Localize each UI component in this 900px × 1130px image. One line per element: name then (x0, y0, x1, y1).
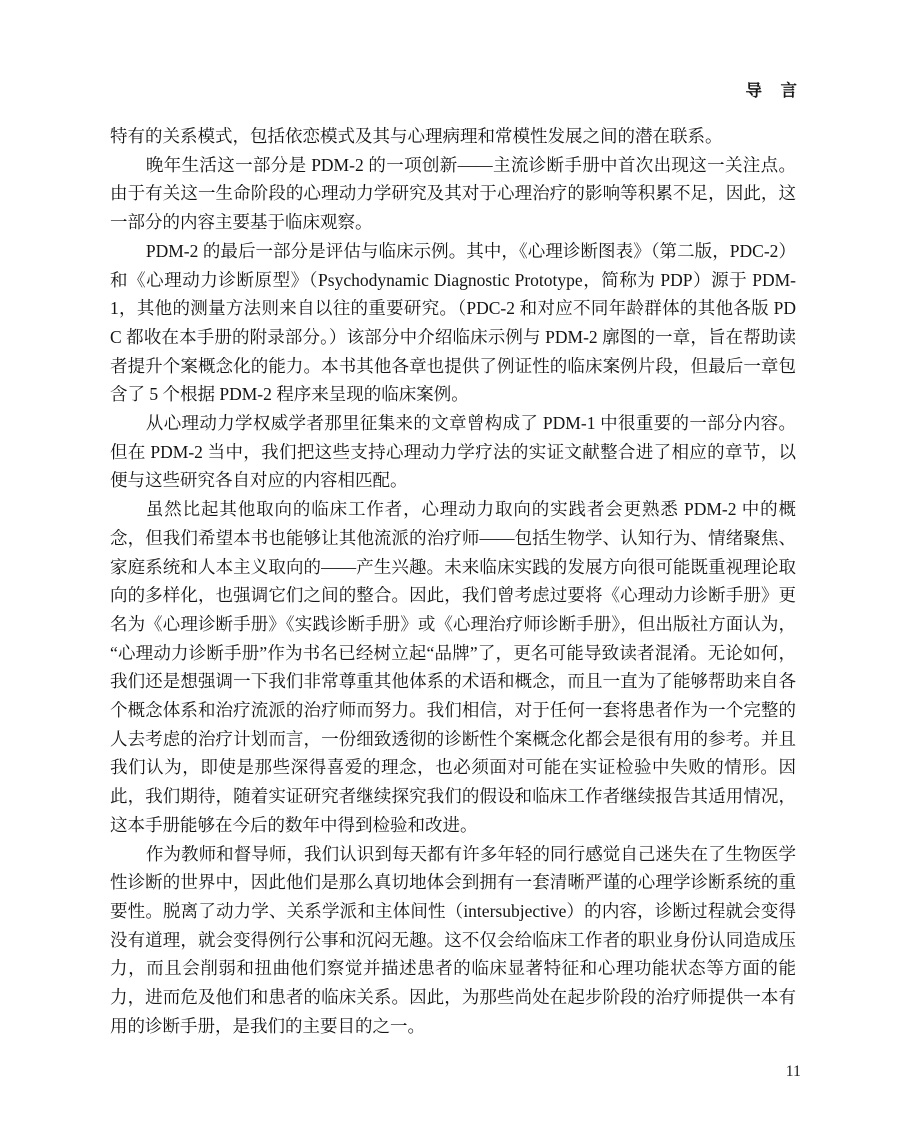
paragraph: 特有的关系模式，包括依恋模式及其与心理病理和常模性发展之间的潜在联系。 (110, 122, 796, 151)
body-text: 特有的关系模式，包括依恋模式及其与心理病理和常模性发展之间的潜在联系。晚年生活这… (110, 122, 796, 1041)
running-header: 导 言 (725, 57, 798, 121)
paragraph: 作为教师和督导师，我们认识到每天都有许多年轻的同行感觉自己迷失在了生物医学性诊断… (110, 840, 796, 1041)
paragraph: 虽然比起其他取向的临床工作者，心理动力取向的实践者会更熟悉 PDM-2 中的概念… (110, 495, 796, 839)
chapter-title: 导 言 (746, 81, 799, 100)
page-footer: 11 (786, 1063, 801, 1081)
page-number: 11 (786, 1063, 801, 1080)
paragraph: 晚年生活这一部分是 PDM-2 的一项创新——主流诊断手册中首次出现这一关注点。… (110, 151, 796, 237)
paragraph: PDM-2 的最后一部分是评估与临床示例。其中，《心理诊断图表》（第二版，PDC… (110, 237, 796, 409)
paragraph: 从心理动力学权威学者那里征集来的文章曾构成了 PDM-1 中很重要的一部分内容。… (110, 409, 796, 495)
document-page: 导 言 特有的关系模式，包括依恋模式及其与心理病理和常模性发展之间的潜在联系。晚… (0, 0, 900, 1130)
